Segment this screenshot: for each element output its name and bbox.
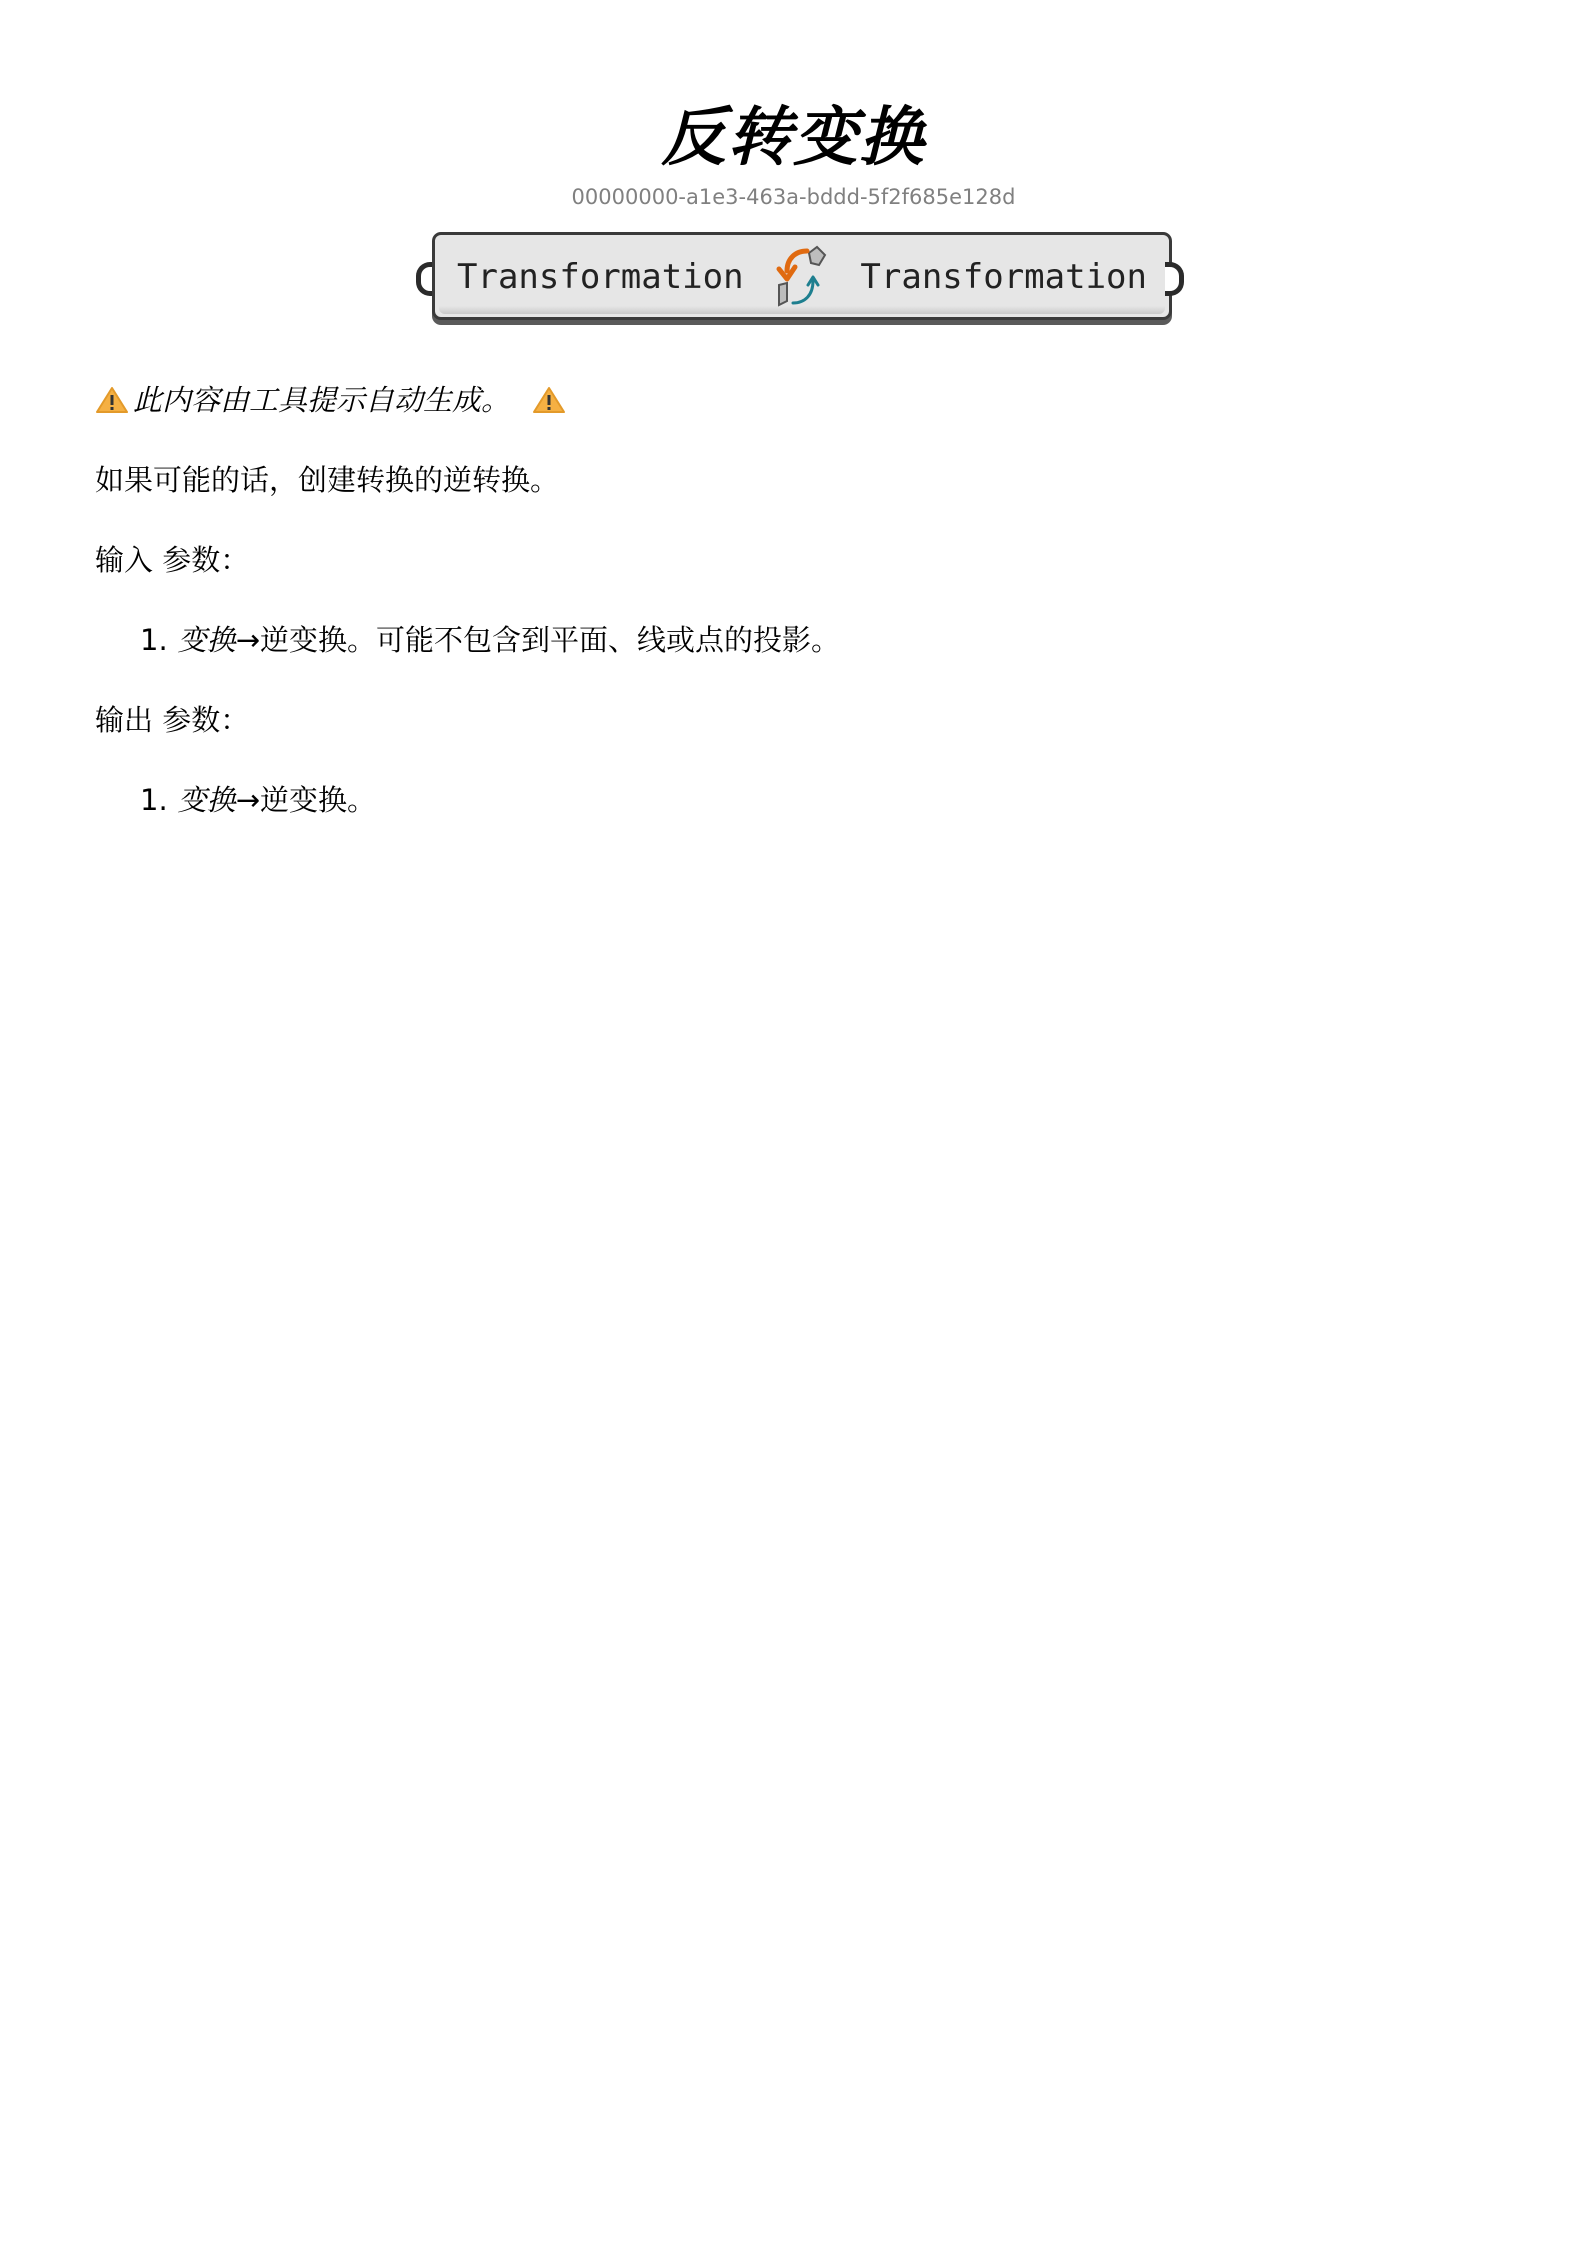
component-body: Transformation Transformation: [432, 232, 1172, 320]
auto-generated-warning: 此内容由工具提示自动生成。: [95, 378, 566, 422]
component-description: 如果可能的话，创建转换的逆转换。: [95, 458, 559, 502]
input-param-item: 1.变换→逆变换。可能不包含到平面、线或点的投影。: [140, 618, 840, 662]
component-block: Transformation Transformation: [430, 232, 1170, 324]
warning-text: 此内容由工具提示自动生成。: [133, 378, 510, 422]
param-name: 变换: [178, 783, 236, 817]
output-grip: [1165, 262, 1184, 296]
input-params-heading: 输入 参数：: [95, 538, 249, 582]
output-param-label: Transformation: [860, 255, 1147, 299]
output-params-heading: 输出 参数：: [95, 698, 249, 742]
invert-transform-icon: [765, 241, 837, 313]
arrow: →: [236, 623, 260, 657]
component-guid: 00000000-a1e3-463a-bddd-5f2f685e128d: [0, 184, 1587, 210]
page-title: 反转变换: [0, 98, 1587, 178]
list-number: 1.: [140, 623, 168, 657]
input-param-label: Transformation: [457, 255, 744, 299]
param-description: 逆变换。: [260, 783, 376, 817]
warning-icon: [532, 385, 566, 415]
output-param-item: 1.变换→逆变换。: [140, 778, 376, 822]
param-description: 逆变换。可能不包含到平面、线或点的投影。: [260, 623, 840, 657]
list-number: 1.: [140, 783, 168, 817]
arrow: →: [236, 783, 260, 817]
warning-icon: [95, 385, 129, 415]
param-name: 变换: [178, 623, 236, 657]
